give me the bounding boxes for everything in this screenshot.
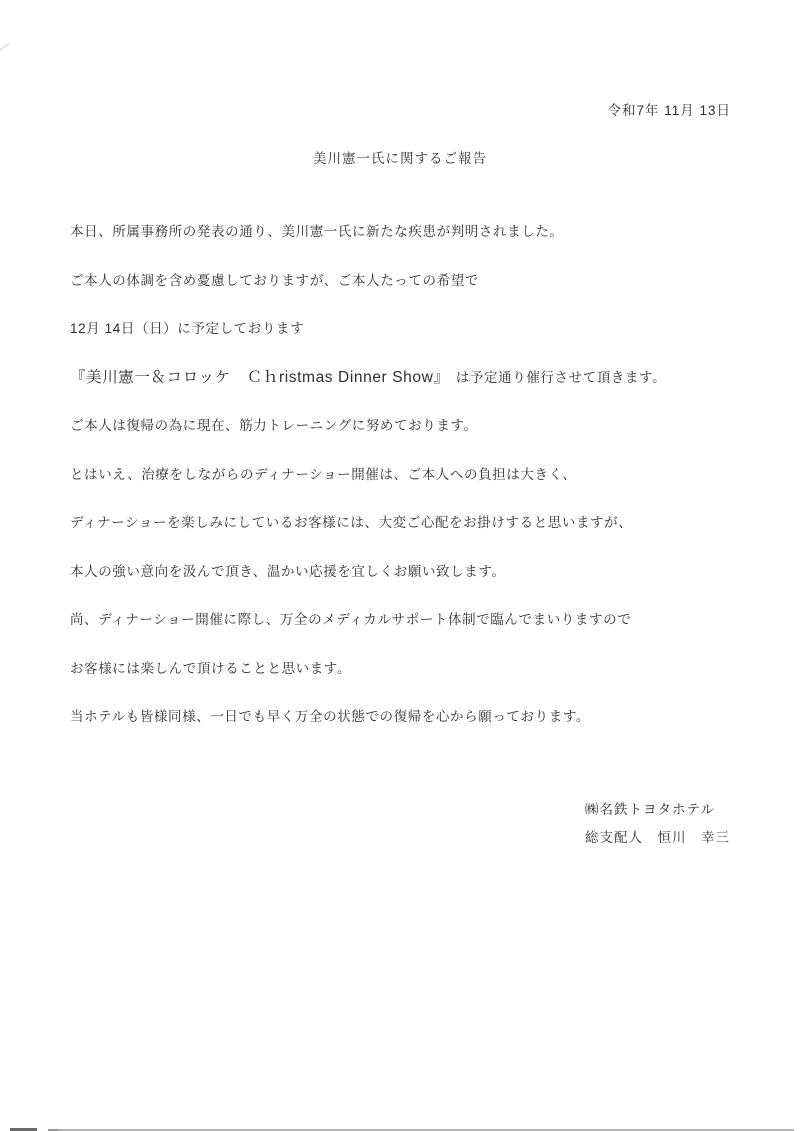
paragraph: 当ホテルも皆様同様、一日でも早く万全の状態での復帰を心から願っております。 xyxy=(70,693,785,742)
document-title: 美川憲一氏に関するご報告 xyxy=(0,147,800,167)
paragraph: お客様には楽しんで頂けることと思います。 xyxy=(70,645,785,694)
paragraph: ご本人は復帰の為に現在、筋力トレーニングに努めております。 xyxy=(70,402,785,451)
scan-artifact-edge-mark xyxy=(0,43,9,52)
paragraph: とはいえ、治療をしながらのディナーショー開催は、ご本人への負担は大きく、 xyxy=(70,451,785,500)
document-page: 令和7年 11月 13日 美川憲一氏に関するご報告 本日、所属事務所の発表の通り… xyxy=(0,0,800,1131)
document-date: 令和7年 11月 13日 xyxy=(607,99,731,119)
document-body: 本日、所属事務所の発表の通り、美川憲一氏に新たな疾患が判明されました。 ご本人の… xyxy=(70,208,785,742)
paragraph: 尚、ディナーショー開催に際し、万全のメディカルサポート体制で臨んでまいりますので xyxy=(70,596,785,645)
paragraph: 本人の強い意向を汲んで頂き、温かい応援を宜しくお願い致します。 xyxy=(70,548,785,597)
paragraph: ご本人の体調を含め憂慮しておりますが、ご本人たっての希望で xyxy=(70,257,785,306)
show-announcement-line: 『美川憲一＆コロッケ Ｃｈristmas Dinner Show』 は予定通り催… xyxy=(70,354,785,403)
paragraph: ディナーショーを楽しみにしているお客様には、大変ご心配をお掛けすると思いますが、 xyxy=(70,499,785,548)
paragraph: 本日、所属事務所の発表の通り、美川憲一氏に新たな疾患が判明されました。 xyxy=(70,208,785,257)
signature-company: ㈱名鉄トヨタホテル xyxy=(585,796,730,824)
show-announcement-rest: は予定通り催行させて頂きます。 xyxy=(442,370,667,385)
show-title-text: 『美川憲一＆コロッケ Ｃｈristmas Dinner Show』 xyxy=(70,369,442,386)
signature-manager: 総支配人 恒川 幸三 xyxy=(585,824,730,852)
signature-block: ㈱名鉄トヨタホテル 総支配人 恒川 幸三 xyxy=(585,796,730,852)
paragraph: 12月 14日（日）に予定しております xyxy=(70,305,785,354)
